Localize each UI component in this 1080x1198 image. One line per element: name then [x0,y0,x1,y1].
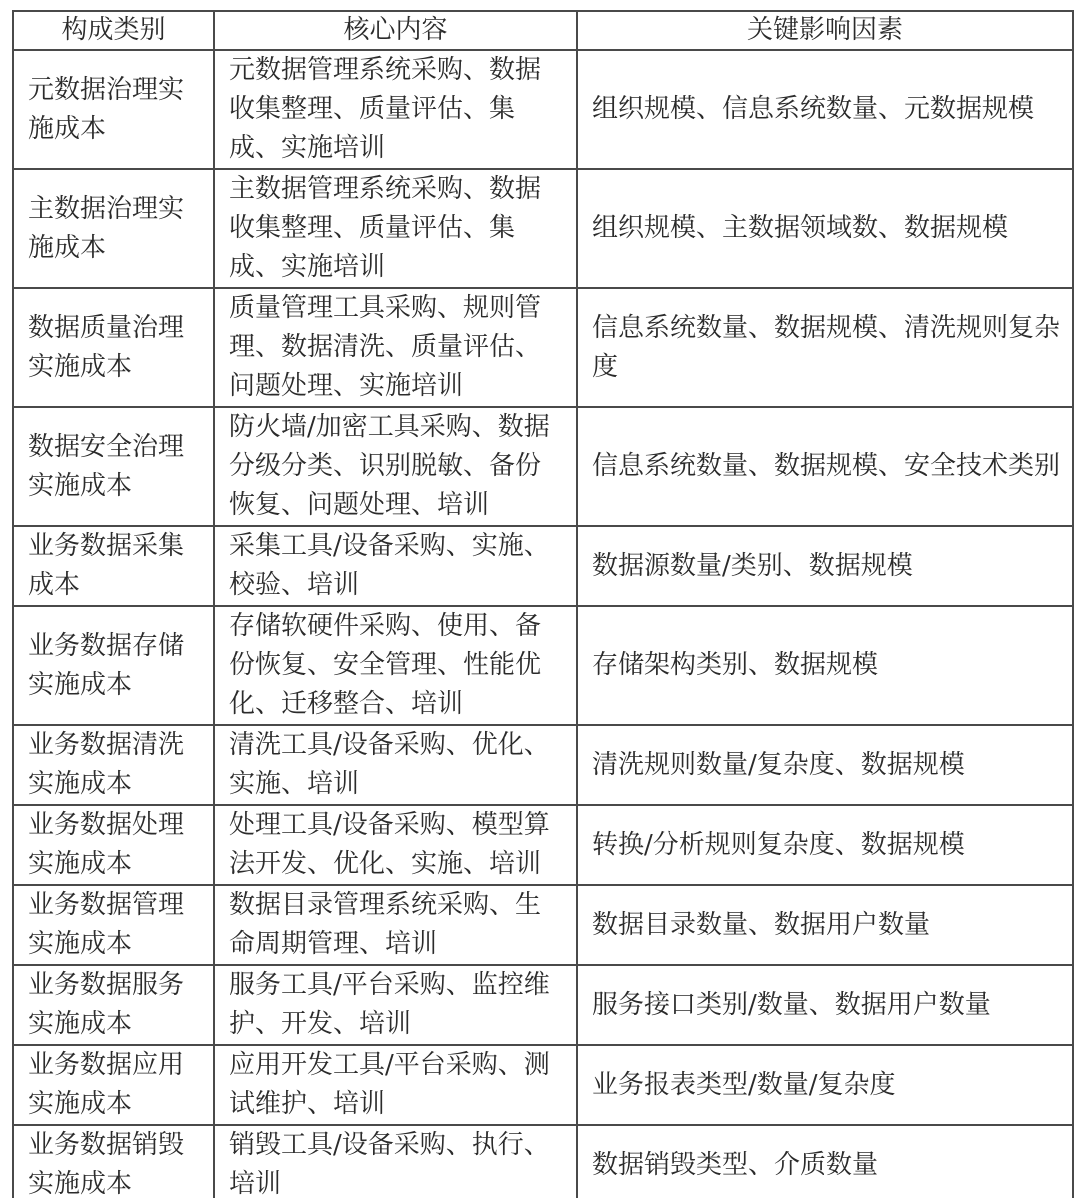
cell-content: 销毁工具/设备采购、执行、培训 [214,1125,577,1198]
table-row: 数据安全治理实施成本防火墙/加密工具采购、数据分级分类、识别脱敏、备份恢复、问题… [13,407,1073,526]
cell-content: 主数据管理系统采购、数据收集整理、质量评估、集成、实施培训 [214,169,577,288]
table-row: 元数据治理实施成本元数据管理系统采购、数据收集整理、质量评估、集成、实施培训组织… [13,50,1073,169]
cell-category: 业务数据管理实施成本 [13,885,214,965]
cell-content: 防火墙/加密工具采购、数据分级分类、识别脱敏、备份恢复、问题处理、培训 [214,407,577,526]
cell-category: 业务数据应用实施成本 [13,1045,214,1125]
cell-category: 业务数据采集成本 [13,526,214,606]
table-header-row: 构成类别 核心内容 关键影响因素 [13,11,1073,50]
table-row: 业务数据清洗实施成本清洗工具/设备采购、优化、实施、培训清洗规则数量/复杂度、数… [13,725,1073,805]
cell-factors: 存储架构类别、数据规模 [577,606,1073,725]
cell-content: 采集工具/设备采购、实施、校验、培训 [214,526,577,606]
cell-factors: 转换/分析规则复杂度、数据规模 [577,805,1073,885]
table-body: 元数据治理实施成本元数据管理系统采购、数据收集整理、质量评估、集成、实施培训组织… [13,50,1073,1198]
cell-category: 业务数据销毁实施成本 [13,1125,214,1198]
header-content: 核心内容 [214,11,577,50]
table-row: 业务数据应用实施成本应用开发工具/平台采购、测试维护、培训业务报表类型/数量/复… [13,1045,1073,1125]
table-row: 业务数据存储实施成本存储软硬件采购、使用、备份恢复、安全管理、性能优化、迁移整合… [13,606,1073,725]
table-row: 业务数据服务实施成本服务工具/平台采购、监控维护、开发、培训服务接口类别/数量、… [13,965,1073,1045]
cell-factors: 业务报表类型/数量/复杂度 [577,1045,1073,1125]
cell-category: 主数据治理实施成本 [13,169,214,288]
cell-factors: 数据目录数量、数据用户数量 [577,885,1073,965]
cell-category: 数据安全治理实施成本 [13,407,214,526]
table-row: 业务数据处理实施成本处理工具/设备采购、模型算法开发、优化、实施、培训转换/分析… [13,805,1073,885]
cell-category: 数据质量治理实施成本 [13,288,214,407]
table-row: 业务数据管理实施成本数据目录管理系统采购、生命周期管理、培训数据目录数量、数据用… [13,885,1073,965]
cell-content: 存储软硬件采购、使用、备份恢复、安全管理、性能优化、迁移整合、培训 [214,606,577,725]
cell-category: 业务数据服务实施成本 [13,965,214,1045]
cell-content: 数据目录管理系统采购、生命周期管理、培训 [214,885,577,965]
table-row: 主数据治理实施成本主数据管理系统采购、数据收集整理、质量评估、集成、实施培训组织… [13,169,1073,288]
cell-content: 质量管理工具采购、规则管理、数据清洗、质量评估、问题处理、实施培训 [214,288,577,407]
cell-factors: 数据源数量/类别、数据规模 [577,526,1073,606]
cell-category: 业务数据处理实施成本 [13,805,214,885]
cell-category: 业务数据存储实施成本 [13,606,214,725]
header-factors: 关键影响因素 [577,11,1073,50]
cost-composition-table: 构成类别 核心内容 关键影响因素 元数据治理实施成本元数据管理系统采购、数据收集… [12,10,1074,1198]
cell-factors: 信息系统数量、数据规模、安全技术类别 [577,407,1073,526]
cell-content: 应用开发工具/平台采购、测试维护、培训 [214,1045,577,1125]
cell-factors: 数据销毁类型、介质数量 [577,1125,1073,1198]
table-row: 数据质量治理实施成本质量管理工具采购、规则管理、数据清洗、质量评估、问题处理、实… [13,288,1073,407]
cell-category: 业务数据清洗实施成本 [13,725,214,805]
cell-content: 服务工具/平台采购、监控维护、开发、培训 [214,965,577,1045]
table-row: 业务数据销毁实施成本销毁工具/设备采购、执行、培训数据销毁类型、介质数量 [13,1125,1073,1198]
cell-factors: 服务接口类别/数量、数据用户数量 [577,965,1073,1045]
cell-content: 清洗工具/设备采购、优化、实施、培训 [214,725,577,805]
cell-factors: 信息系统数量、数据规模、清洗规则复杂度 [577,288,1073,407]
header-category: 构成类别 [13,11,214,50]
table-row: 业务数据采集成本采集工具/设备采购、实施、校验、培训数据源数量/类别、数据规模 [13,526,1073,606]
cell-factors: 组织规模、主数据领域数、数据规模 [577,169,1073,288]
cell-content: 元数据管理系统采购、数据收集整理、质量评估、集成、实施培训 [214,50,577,169]
cell-factors: 清洗规则数量/复杂度、数据规模 [577,725,1073,805]
cell-factors: 组织规模、信息系统数量、元数据规模 [577,50,1073,169]
cell-category: 元数据治理实施成本 [13,50,214,169]
cell-content: 处理工具/设备采购、模型算法开发、优化、实施、培训 [214,805,577,885]
